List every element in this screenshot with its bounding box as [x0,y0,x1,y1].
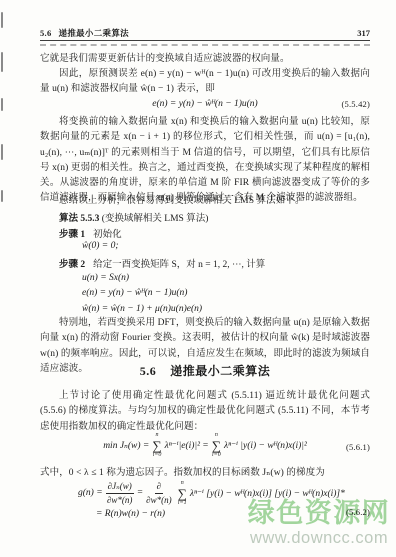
section-heading: 5.6递推最小二乘算法 [40,362,370,379]
sigma-glyph: ∑ [152,439,161,452]
header-section-title: 递推最小二乘算法 [59,28,129,38]
equation-term: λⁿ⁻ⁱ [y(i) − wᴴ(n)x(i)] [y(i) − wᴴ(n)x(i… [190,488,345,499]
watermark-site-url: www.downcc.com [244,529,394,549]
fraction-denominator: ∂w*(n) [146,494,171,505]
scan-artifact-mark [1,12,3,28]
equation-lhs: g(n) = [78,488,103,498]
equation-number: (5.5.42) [341,99,370,109]
equation-number: (5.6.1) [346,442,370,452]
header-section: 5.6递推最小二乘算法 [40,27,129,39]
equation-lhs: min Jₙ(w) = [103,440,149,451]
equation-mid: λⁿ⁻ⁱ|e(i)|² = [165,440,209,451]
equation-body: ŵ(0) = 0; [82,241,370,251]
algorithm-label: 算法 5.5.3 [59,214,99,224]
equation-5-5-42: e(n) = y(n) − ŵᴴ(n − 1)u(n) (5.5.42) [40,99,370,109]
sum-lower-limit: i=0 [212,452,221,459]
paragraph: 总结以上分析，很容易得到变换域解相关 LMS 算法如下。 [40,194,370,209]
algorithm-step-1: 步骤 1初始化 [40,226,370,240]
sum-lower-limit: i=1 [178,500,187,507]
sum-symbol: n ∑ i=0 [152,432,161,458]
sigma-glyph: ∑ [212,439,221,452]
paragraph: 它就是我们需要更新估计的变换域自适应滤波器的权向量。 [40,52,370,67]
fraction: ∂ ∂w*(n) [146,481,171,505]
fraction: ∂Jₙ(w) ∂w*(n) [106,481,134,505]
algorithm-step-2: 步骤 2给定一酉变换矩阵 S，对 n = 1, 2, ⋯, 计算 [40,256,370,270]
scan-artifact-mark [1,98,3,111]
equation-line-2: = R(n)w(n) − r(n) [96,509,370,519]
paragraph: 上节讨论了使用确定性最优化问题式 (5.5.11) 逼近统计最优化问题式 (5.… [40,389,370,435]
sum-symbol: n ∑ i=0 [212,432,221,458]
algorithm-name: (变换域解相关 LMS 算法) [99,214,208,224]
step-1-equation: ŵ(0) = 0; [40,241,370,251]
fraction-numerator: ∂ [155,481,163,493]
equation-body: e(n) = y(n) − ŵᴴ(n − 1)u(n) [82,286,396,301]
page-header: 5.6递推最小二乘算法 317 [40,27,370,39]
paragraph: 将变换前的输入数据向量 x(n) 和变换后的输入数据向量 u(n) 比较知，原数… [40,115,370,207]
equals-sign: = [137,488,143,498]
sigma-glyph: ∑ [178,487,187,500]
fraction-numerator: ∂Jₙ(w) [106,481,134,493]
equation-rhs: λⁿ⁻ⁱ |y(i) − wᴴ(n)x(i)|² [224,440,307,451]
equation-body: e(n) = y(n) − ŵᴴ(n − 1)u(n) [152,99,257,109]
scan-artifact-mark [1,144,3,160]
step-text: 初始化 [93,230,122,240]
header-rule [40,40,370,41]
equation-body: ŵ(n) = ŵ(n − 1) + μ(n)u(n)e(n) [82,302,396,317]
algorithm-title: 算法 5.5.3 (变换域解相关 LMS 算法) [40,210,370,224]
equation-5-6-1: min Jₙ(w) = n ∑ i=0 λⁿ⁻ⁱ|e(i)|² = n ∑ i=… [40,432,370,464]
page-number: 317 [357,28,370,38]
algorithm-equations: u(n) = Sx(n) e(n) = y(n) − ŵᴴ(n − 1)u(n)… [82,271,396,317]
fraction-denominator: ∂w*(n) [107,494,132,505]
sum-symbol: n ∑ i=1 [178,480,187,506]
scan-artifact-mark [1,52,3,72]
equation-body: u(n) = Sx(n) [82,271,396,286]
paragraph: 因此，原预测误差 e(n) = y(n) − wᴴ(n − 1)u(n) 可改用… [40,67,370,98]
step-text: 给定一酉变换矩阵 S，对 n = 1, 2, ⋯, 计算 [93,260,265,270]
scan-artifact-mark [1,190,3,202]
step-label: 步骤 1 [59,230,85,240]
section-title: 递推最小二乘算法 [170,364,270,378]
section-number: 5.6 [140,364,157,378]
equation-number: (5.6.2) [346,507,370,517]
sum-lower-limit: i=0 [153,452,162,459]
step-label: 步骤 2 [59,260,85,270]
header-rule-shadow [40,44,370,46]
equation-5-6-2: g(n) = ∂Jₙ(w) ∂w*(n) = ∂ ∂w*(n) n ∑ i=1 … [40,480,370,530]
paragraph: 式中，0 < λ ≤ 1 称为遗忘因子。指数加权的目标函数 Jₙ(w) 的梯度为 [40,466,370,481]
header-section-number: 5.6 [40,28,52,38]
book-page: 绿色资源网 www.downcc.com 5.6递推最小二乘算法 317 它就是… [0,0,396,557]
